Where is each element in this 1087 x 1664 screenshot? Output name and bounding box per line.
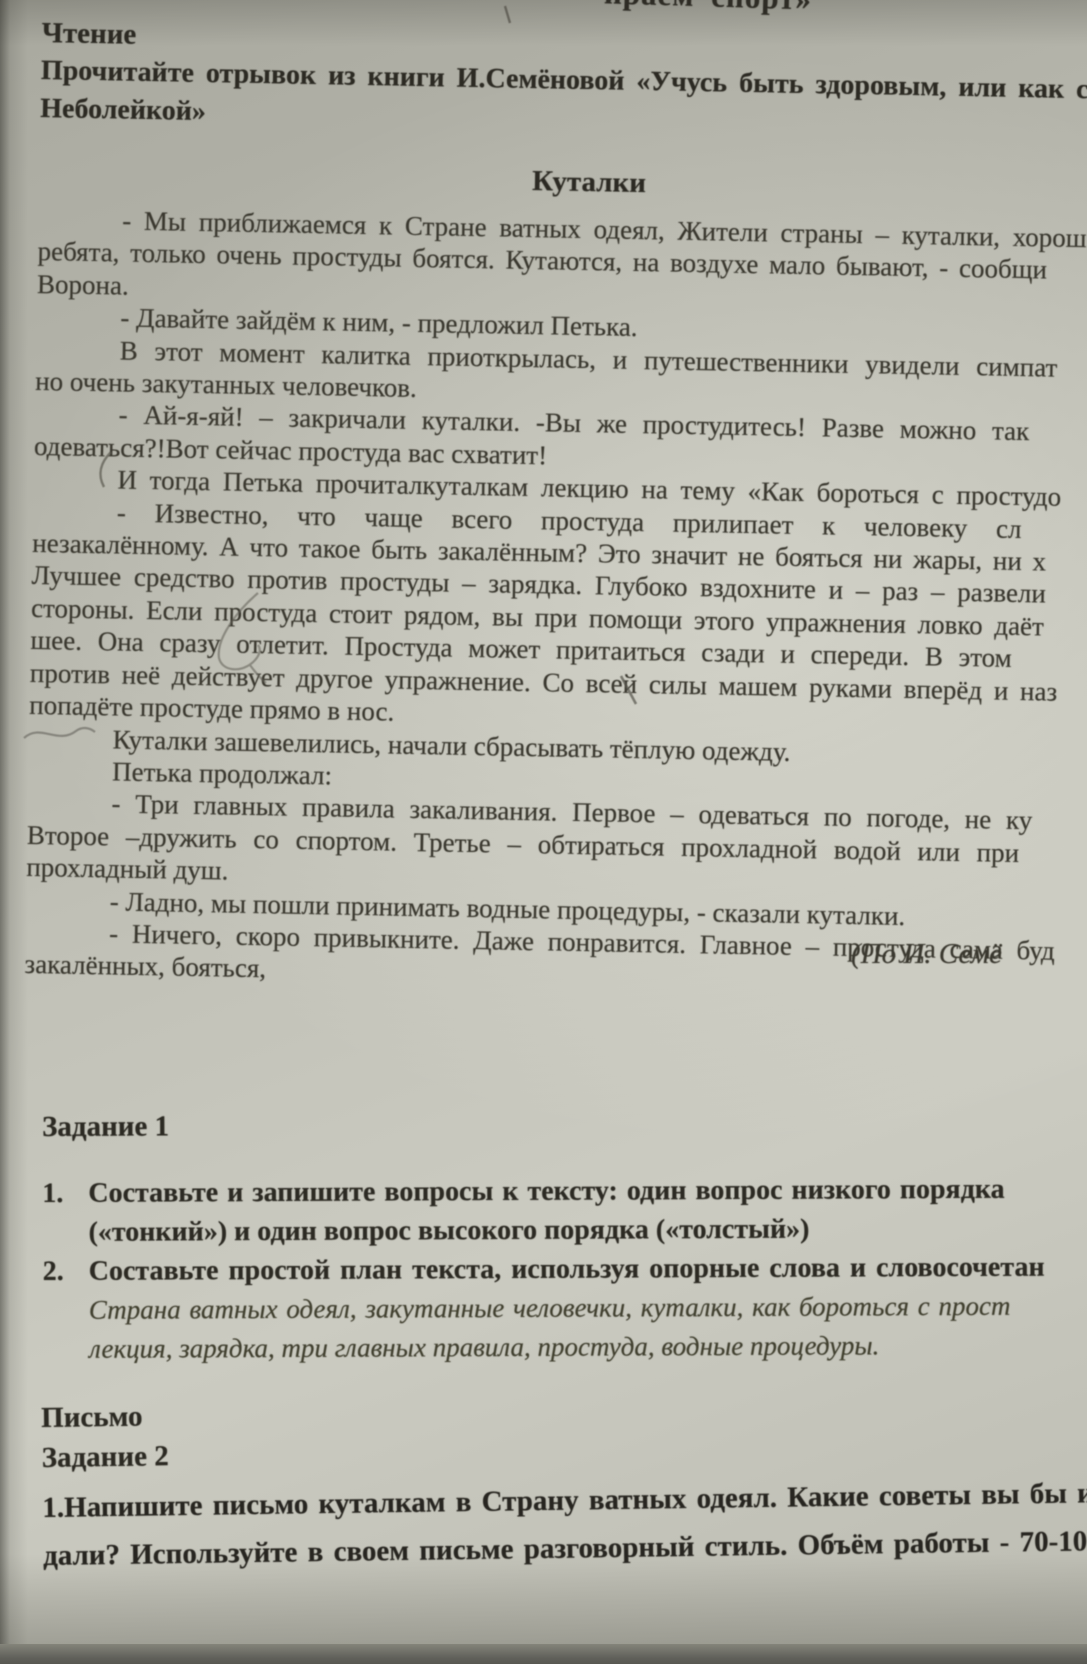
photographed-worksheet: ираем спорт» Чтение Прочитайте отрывок и… bbox=[0, 0, 1087, 1664]
cut-off-header-line: ираем спорт» bbox=[604, 0, 1087, 27]
task-item-line: Составьте простой план текста, используя… bbox=[89, 1247, 1087, 1291]
pen-tick-top bbox=[505, 6, 510, 23]
photo-bottom-edge bbox=[0, 1644, 1087, 1664]
task1-items: 1.Составьте и запишите вопросы к тексту:… bbox=[42, 1169, 1087, 1369]
story-paragraphs: - Мы приближаемся к Стране ватных одеял,… bbox=[24, 203, 1087, 1002]
story-byline: (По И. Семё bbox=[851, 938, 1002, 971]
task-item-body: Составьте простой план текста, используя… bbox=[89, 1247, 1087, 1369]
task-item-number: 1. bbox=[42, 1174, 88, 1252]
task-item-number: 2. bbox=[43, 1252, 90, 1369]
letter-task-text: 1.Напишите письмо куталкам в Страну ватн… bbox=[42, 1468, 1087, 1580]
task1-section: Задание 1 1.Составьте и запишите вопросы… bbox=[42, 1103, 1087, 1369]
task-item: 2.Составьте простой план текста, использ… bbox=[43, 1247, 1087, 1369]
task-item: 1.Составьте и запишите вопросы к тексту:… bbox=[42, 1169, 1087, 1252]
reading-section: Чтение Прочитайте отрывок из книги И.Сем… bbox=[24, 14, 1087, 1002]
paper-page: ираем спорт» Чтение Прочитайте отрывок и… bbox=[0, 0, 1087, 1664]
task-keywords-line: Страна ватных одеял, закутанные человечк… bbox=[89, 1286, 1087, 1330]
task-item-body: Составьте и запишите вопросы к тексту: о… bbox=[88, 1169, 1087, 1252]
task1-heading: Задание 1 bbox=[42, 1103, 1087, 1146]
task-keywords-line: лекция, зарядка, три главных правила, пр… bbox=[89, 1325, 1087, 1369]
task-item-line: Составьте и запишите вопросы к тексту: о… bbox=[88, 1169, 1087, 1213]
task-item-line: («тонкий») и один вопрос высокого порядк… bbox=[88, 1208, 1087, 1252]
letter-section: Письмо Задание 2 1.Напишите письмо кутал… bbox=[41, 1382, 1087, 1580]
